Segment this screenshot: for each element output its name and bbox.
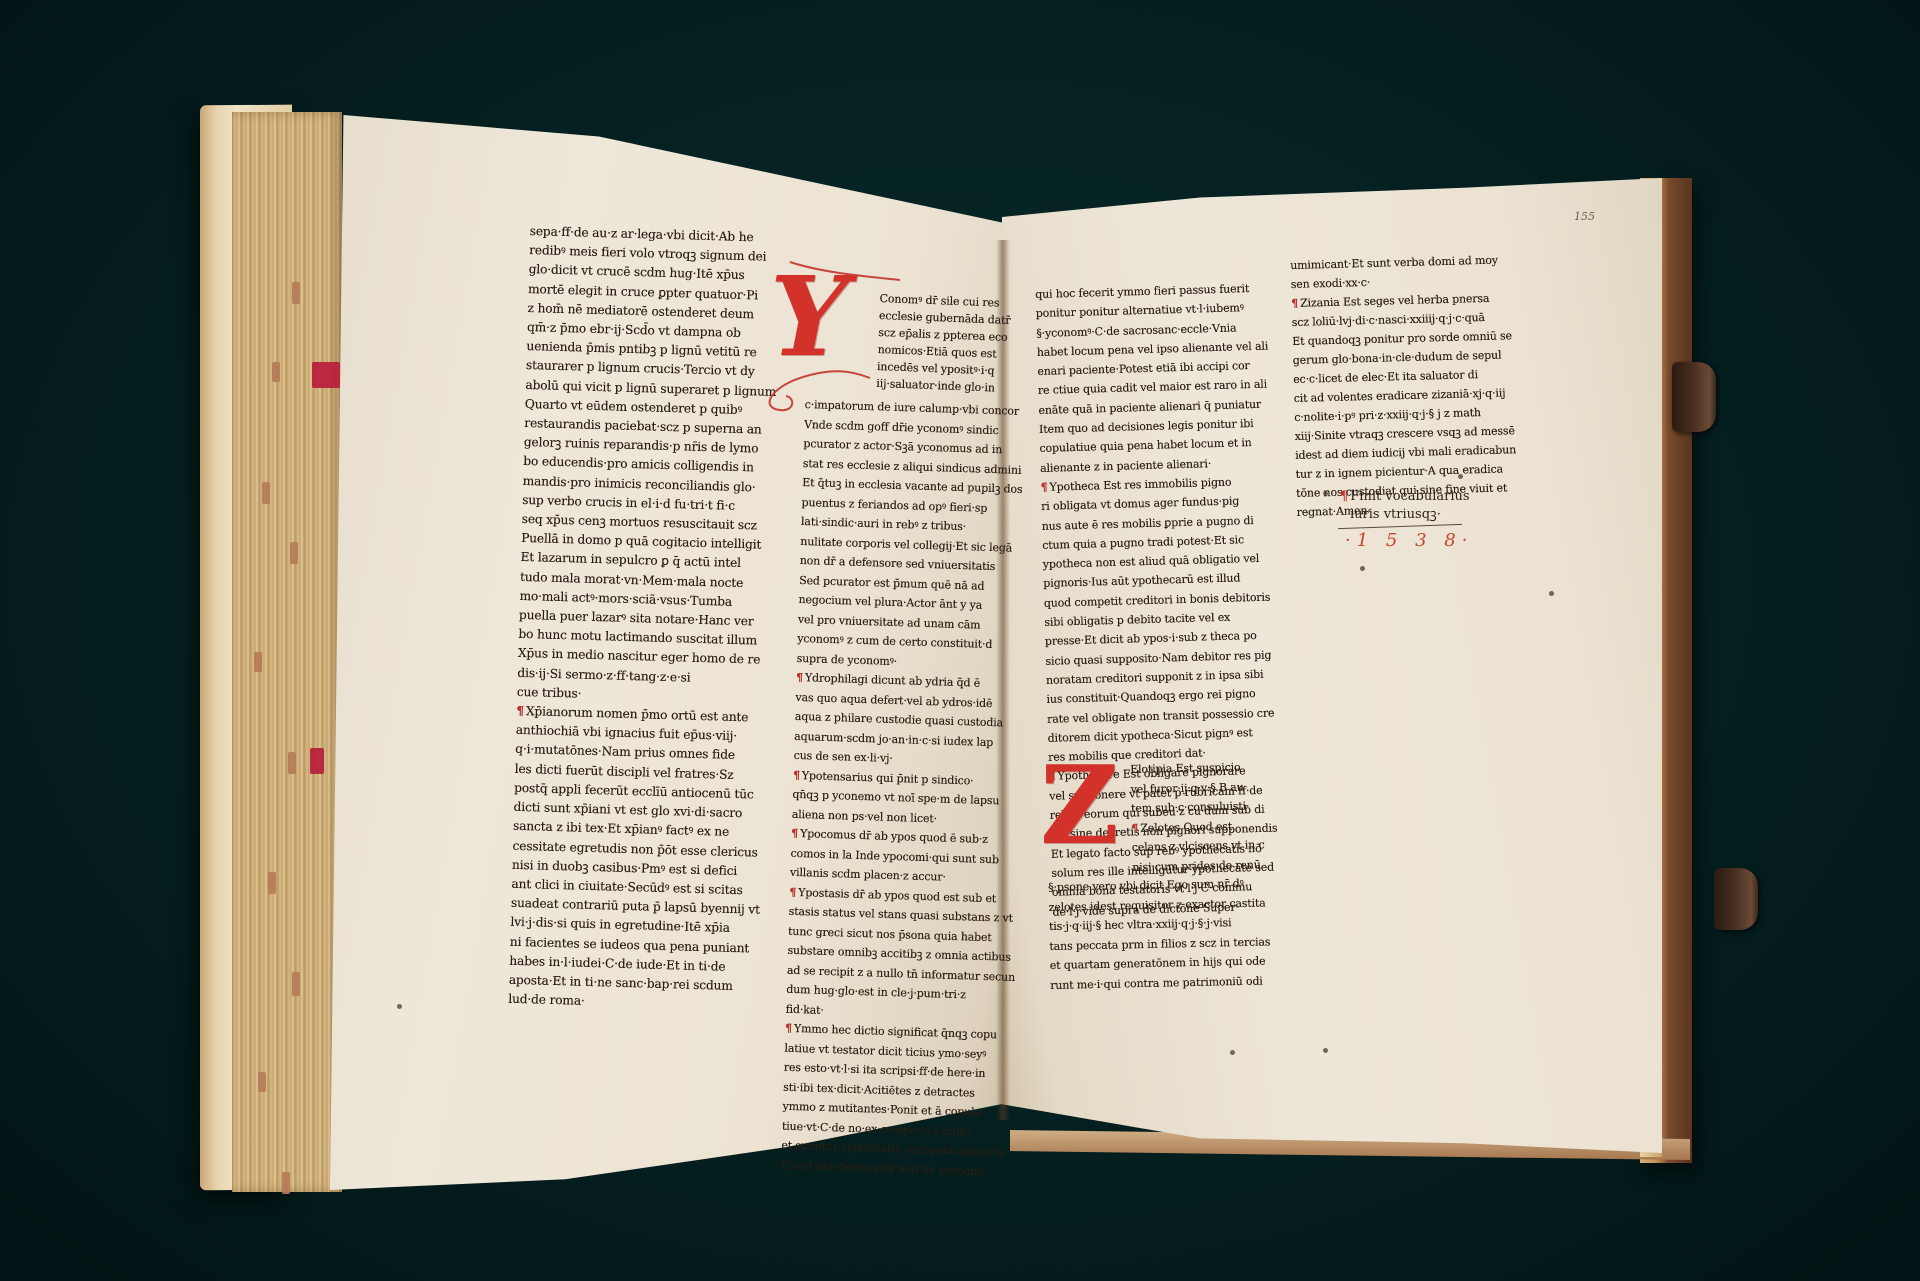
text-line: Zelotes Quod est [1140, 819, 1232, 834]
page-tab [292, 972, 300, 996]
colophon: ¶Finit vocabularius iuris vtriusqꝫ· [1340, 488, 1470, 524]
page-tab [288, 752, 296, 774]
pilcrow-rubric-icon: ¶ [789, 885, 796, 898]
pilcrow-rubric-icon: ¶ [785, 1022, 792, 1035]
pilcrow-rubric-icon: ¶ [1340, 489, 1348, 504]
text-line: celans z vlciscens vt in c [1132, 835, 1265, 857]
red-bookmark-tab [310, 748, 324, 774]
paper-speck [1323, 1048, 1328, 1053]
pilcrow-rubric-icon: ¶ [516, 704, 524, 718]
colophon-text: iuris vtriusqꝫ· [1350, 507, 1441, 522]
lower-metal-clasp [1714, 868, 1758, 930]
text-line: Ypocomus dr̄ ab ypos quod ē sub·z [800, 827, 988, 846]
paper-speck [1360, 566, 1365, 571]
right-page-zelotipia-inset: Elotipia Est suspicio vel furor·ij·q·v·§… [1130, 757, 1265, 877]
page-tab [282, 1172, 290, 1194]
pilcrow-rubric-icon: ¶ [796, 671, 803, 684]
colophon-line: iuris vtriusqꝫ· [1340, 506, 1470, 524]
paper-speck [397, 1004, 402, 1009]
text-line: Ydrophilagi dicunt ab ydria q̄d ē [805, 671, 981, 689]
text-line: Ymmo hec dictio significat q̄nqꝫ copu [794, 1022, 997, 1041]
colophon-line: ¶Finit vocabularius [1340, 488, 1470, 506]
page-tab [268, 872, 276, 894]
page-tab [254, 652, 262, 672]
paper-speck [1458, 474, 1463, 479]
paper-speck [1323, 491, 1328, 496]
colophon-text: Finit vocabularius [1350, 489, 1469, 504]
handwritten-date-note: ·1 5 3 8· [1345, 530, 1473, 551]
text-line: Ypostasis dr̄ ab ypos quod est sub et [798, 886, 996, 905]
page-tab [258, 1072, 266, 1092]
right-page-column-2: umimicant·Et sunt verba domi ad moy sen … [1290, 250, 1518, 522]
paper-speck [1230, 1050, 1235, 1055]
folio-number: 155 [1574, 210, 1595, 223]
text-line: Zizania Est seges vel herba pnersa [1300, 292, 1490, 310]
page-tab [290, 542, 298, 564]
pilcrow-rubric-icon: ¶ [1291, 297, 1298, 310]
book-photograph: sepa·ff·de au·z ar·lega·vbi dicit·Ab he … [0, 0, 1920, 1281]
red-bookmark-tab [312, 362, 340, 388]
text-line: Ypotheca Est res immobilis pigno [1049, 476, 1231, 494]
left-page-column-2: c·impatorum de iure calump·vbi concor Vn… [780, 395, 1033, 1182]
pilcrow-rubric-icon: ¶ [1131, 821, 1138, 834]
red-decorated-initial-z: Z [1040, 752, 1119, 860]
pilcrow-rubric-icon: ¶ [1040, 481, 1047, 494]
fore-edge-page-stack [232, 112, 342, 1192]
left-page-column-2-head: Conomꝰ dr̄ sile cui res ecclesie gubernā… [876, 290, 1011, 397]
page-tab [272, 362, 280, 382]
left-page-column-1: sepa·ff·de au·z ar·lega·vbi dicit·Ab he … [508, 222, 781, 1016]
pilcrow-rubric-icon: ¶ [793, 768, 800, 781]
initial-letter: Z [1040, 743, 1119, 869]
page-tab [262, 482, 270, 504]
pilcrow-rubric-icon: ¶ [791, 827, 798, 840]
text-line: tem sub·c·consuluisti· [1131, 796, 1264, 818]
upper-metal-clasp [1672, 362, 1716, 432]
paper-speck [1549, 591, 1554, 596]
page-tab [292, 282, 300, 304]
text-line: Ypotensarius qui p̄nit p sindico· [802, 769, 974, 787]
right-page-zelotipia-body: §·psone vero vbi dicit Ego sum nr̄ dꝰ ze… [1048, 873, 1271, 995]
